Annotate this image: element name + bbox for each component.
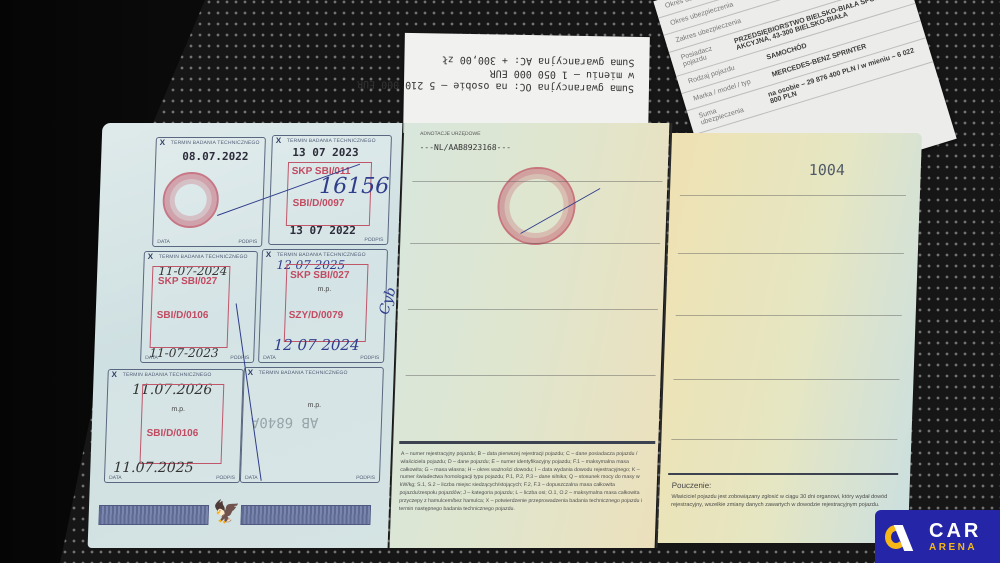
- middle-page: Adnotacje urzędowe ---NL/AAB8923168--- A…: [390, 123, 670, 548]
- ruled-line: [408, 309, 658, 310]
- date-label: Data: [109, 475, 122, 481]
- right-page: 1004 Pouczenie: Właściciel pojazdu jest …: [658, 133, 922, 543]
- divider: [668, 473, 898, 475]
- ruled-line: [412, 181, 662, 182]
- document-serial-number: ---NL/AAB8923168---: [419, 143, 511, 152]
- security-band-right: [240, 505, 371, 525]
- inspection-due-date: 08.07.2022: [182, 150, 249, 163]
- signature-label: Podpis: [360, 355, 379, 361]
- ruled-line: [673, 379, 899, 380]
- station-stamp: [140, 384, 225, 464]
- registration-document: X Termin badania technicznego 08.07.2022…: [78, 123, 923, 548]
- brand-name: CAR ARENA: [929, 521, 981, 553]
- ruled-line: [406, 375, 656, 376]
- inspection-due-date: 13 07 2023: [292, 146, 359, 159]
- station-code: SKP SBI/027: [158, 276, 218, 287]
- inspector-code: SBI/D/0097: [292, 198, 344, 209]
- divider: [399, 441, 655, 444]
- inspection-box-6: X Termin badania technicznego m.p. AB 68…: [240, 367, 384, 483]
- signature-label: Podpis: [238, 239, 257, 245]
- notice-text: Właściciel pojazdu jest zobowiązany zgło…: [671, 493, 892, 509]
- date-label: Data: [145, 355, 158, 361]
- date-label: Data: [245, 475, 258, 481]
- inspection-box-5: X Termin badania technicznego 11.07.2026…: [104, 369, 244, 483]
- date-label: Data: [263, 355, 276, 361]
- inspector-code: SBI/D/0106: [146, 428, 198, 439]
- station-code: SKP SBI/027: [290, 270, 350, 281]
- slip-value: [753, 14, 755, 21]
- left-page: X Termin badania technicznego 08.07.2022…: [88, 123, 403, 548]
- brand-line-1: CAR: [929, 521, 981, 541]
- signature-label: Podpis: [356, 475, 375, 481]
- car-arena-logo-icon: [885, 519, 921, 555]
- slip-line: Suma gwarancyjna AC: + 300,00 zł: [424, 53, 634, 68]
- mp-label: m.p.: [307, 402, 321, 409]
- inspection-box-1: X Termin badania technicznego 08.07.2022…: [152, 137, 266, 247]
- mp-label: m.p.: [317, 286, 331, 293]
- car-arena-watermark: CAR ARENA: [875, 510, 1000, 563]
- signature-label: Podpis: [216, 475, 235, 481]
- inspection-done-date: 13 07 2022: [289, 224, 356, 237]
- x-mark: X: [266, 250, 272, 259]
- ruled-line: [676, 315, 902, 316]
- ruled-line: [410, 243, 660, 244]
- ruled-line: [680, 195, 906, 196]
- ruled-line: [671, 439, 897, 440]
- security-band-left: [98, 505, 209, 525]
- slip-value: [748, 0, 750, 3]
- insurance-slip-center: Suma gwarancyjna OC: na osobie – 5 210 0…: [403, 33, 650, 137]
- official-seal: [162, 172, 220, 228]
- box-header: Termin badania technicznego: [259, 370, 348, 376]
- polish-eagle-emblem-icon: 🦅: [212, 499, 235, 525]
- x-mark: X: [148, 252, 154, 261]
- handwritten-mileage: 16156: [319, 174, 390, 199]
- box-header: Termin badania technicznego: [123, 372, 212, 378]
- signature-label: Podpis: [364, 237, 383, 243]
- inspection-box-3: X Termin badania technicznego 11-07-2024…: [140, 251, 258, 363]
- show-through-text: AB 6840A: [251, 414, 319, 430]
- inspection-box-4: X Termin badania technicznego 12 07 2025…: [258, 249, 388, 363]
- brand-line-2: ARENA: [929, 543, 981, 553]
- slip-mirrored-text: Suma gwarancyjna OC: na osobie – 5 210 0…: [424, 51, 635, 96]
- section-subtitle: Adnotacje urzędowe: [420, 131, 481, 137]
- date-label: Data: [157, 239, 170, 245]
- box-header: Termin badania technicznego: [171, 140, 260, 146]
- signature-label: Podpis: [230, 355, 249, 361]
- inspector-code: SBI/D/0106: [157, 310, 209, 321]
- official-seal: [496, 167, 577, 245]
- inspector-code: SZY/D/0079: [289, 310, 344, 321]
- box-header: Termin badania technicznego: [159, 254, 248, 260]
- slip-line: w mieniu – 1 050 000 EUR: [424, 66, 634, 81]
- mp-label: m.p.: [171, 406, 185, 413]
- handwritten-number: 1004: [808, 161, 845, 179]
- slip-line: Suma gwarancyjna OC: na osobie – 5 210 0…: [424, 79, 634, 94]
- x-mark: X: [276, 136, 282, 145]
- x-mark: X: [248, 368, 254, 377]
- x-mark: X: [111, 370, 117, 379]
- ruled-line: [678, 253, 904, 254]
- field-legend: A – numer rejestracyjny pojazdu; B – dat…: [399, 451, 653, 513]
- box-header: Termin badania technicznego: [287, 138, 376, 144]
- notice-title: Pouczenie:: [672, 481, 712, 490]
- inspection-done-date: 12 07 2024: [273, 336, 360, 354]
- inspection-done-date: 11-07-2023: [149, 346, 219, 360]
- x-mark: X: [160, 138, 166, 147]
- inspection-done-date: 11.07.2025: [113, 460, 194, 476]
